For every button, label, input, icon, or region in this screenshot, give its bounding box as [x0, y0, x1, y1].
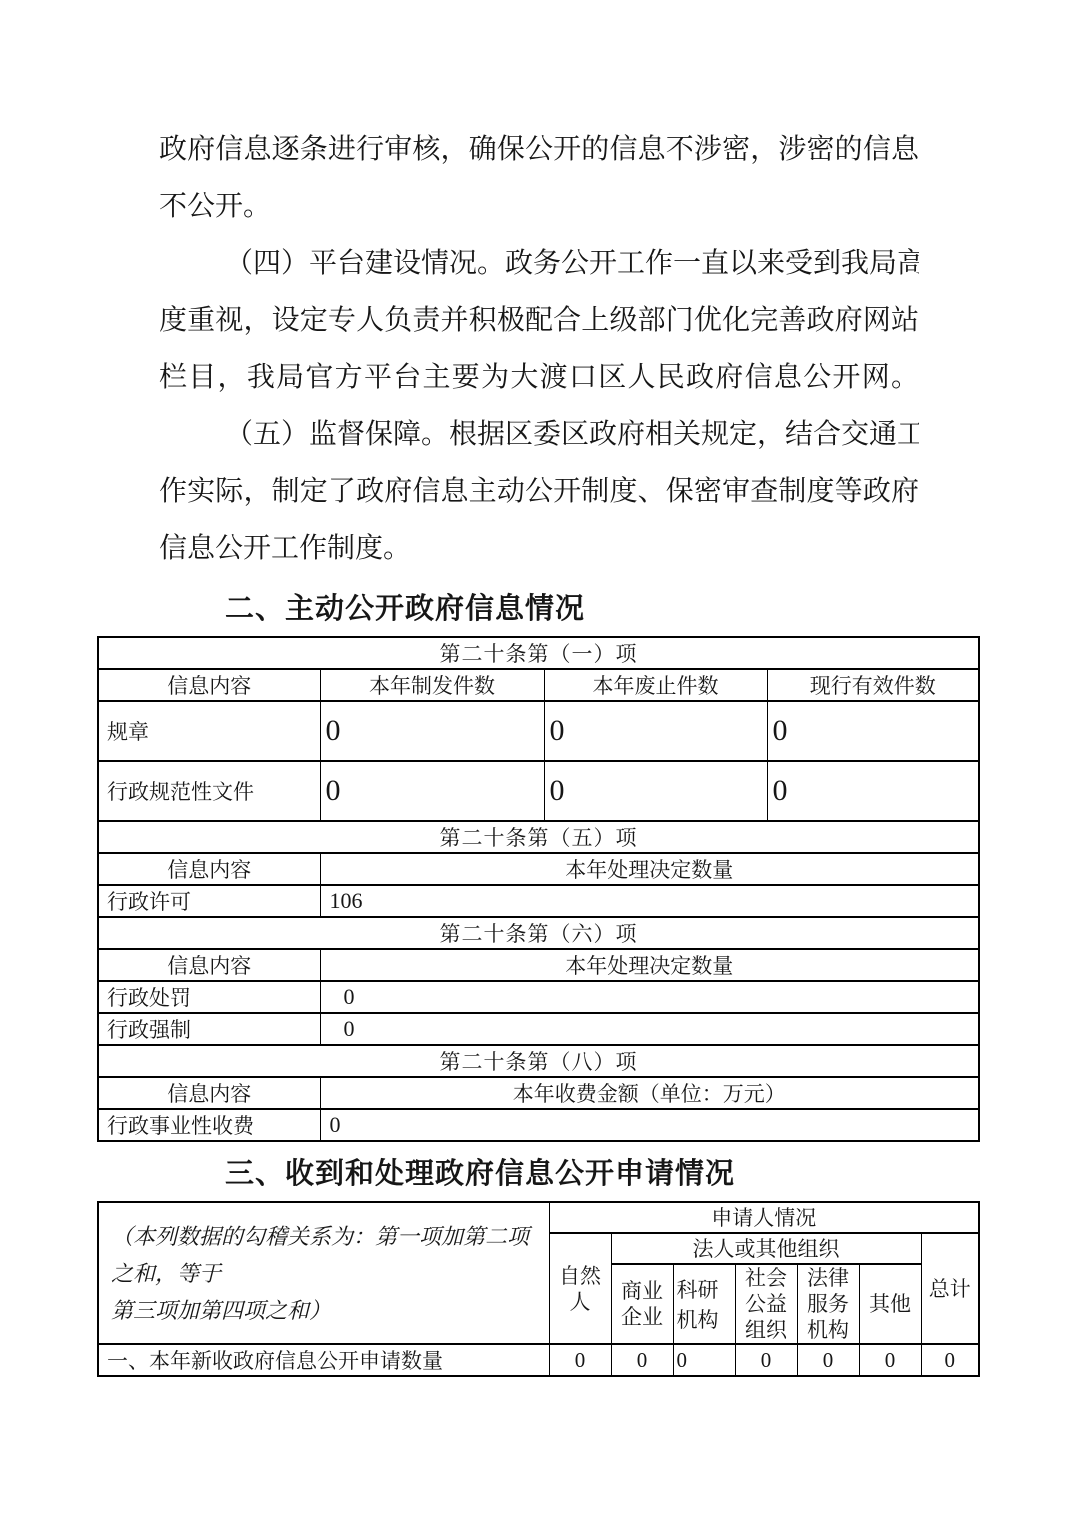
row-label-cell: 行政许可: [98, 885, 320, 917]
column-header-cell: 信息内容: [98, 669, 320, 701]
column-header-cell: 本年处理决定数量: [320, 853, 979, 885]
applicant-header-cell: 申请人情况: [549, 1202, 979, 1233]
paragraph-line: （四）平台建设情况。政务公开工作一直以来受到我局高: [159, 235, 919, 292]
column-header-cell: 现行有效件数: [767, 669, 979, 701]
column-header-cell: 总计: [921, 1233, 979, 1344]
row-label-cell: 规章: [98, 701, 320, 761]
value-cell: 0: [320, 701, 544, 761]
section-title-cell: 第二十条第（一）项: [98, 637, 979, 669]
value-cell: 0: [320, 981, 979, 1013]
page-content: 政府信息逐条进行审核，确保公开的信息不涉密，涉密的信息 不公开。 （四）平台建设…: [97, 0, 978, 1377]
section-title-cell: 第二十条第（五）项: [98, 821, 979, 853]
column-header-cell: 社会公益组织: [735, 1264, 797, 1344]
legal-org-group-cell: 法人或其他组织: [611, 1233, 921, 1264]
value-cell: 0: [549, 1344, 611, 1376]
column-header-cell: 自然人: [549, 1233, 611, 1344]
note-line: （本列数据的勾稽关系为：第一项加第二项之和，等于: [111, 1218, 543, 1292]
section-title-cell: 第二十条第（六）项: [98, 917, 979, 949]
column-header-cell: 本年废止件数: [544, 669, 767, 701]
value-cell: 0: [320, 1109, 979, 1141]
document-page: 政府信息逐条进行审核，确保公开的信息不涉密，涉密的信息 不公开。 （四）平台建设…: [0, 0, 1074, 1520]
column-header-cell: 本年收费金额（单位：万元）: [320, 1077, 979, 1109]
table-active-disclosure: 第二十条第（一）项 信息内容 本年制发件数 本年废止件数 现行有效件数 规章 0…: [97, 636, 980, 1142]
column-header-cell: 本年制发件数: [320, 669, 544, 701]
value-cell: 0: [673, 1344, 735, 1376]
row-label-cell: 行政处罚: [98, 981, 320, 1013]
column-header-cell: 本年处理决定数量: [320, 949, 979, 981]
column-header-cell: 法律服务机构: [797, 1264, 859, 1344]
paragraph: （四）平台建设情况。政务公开工作一直以来受到我局高 度重视，设定专人负责并积极配…: [97, 235, 978, 406]
column-header-cell: 信息内容: [98, 1077, 320, 1109]
value-cell: 0: [859, 1344, 921, 1376]
paragraph-line: （五）监督保障。根据区委区政府相关规定，结合交通工: [159, 406, 919, 463]
row-label-cell: 一、本年新收政府信息公开申请数量: [98, 1344, 549, 1376]
paragraph: 政府信息逐条进行审核，确保公开的信息不涉密，涉密的信息 不公开。: [97, 121, 978, 235]
column-header-cell: 商业企业: [611, 1264, 673, 1344]
paragraph-line: 作实际，制定了政府信息主动公开制度、保密审查制度等政府: [159, 463, 919, 520]
column-header-cell: 信息内容: [98, 949, 320, 981]
paragraph-line: 栏目，我局官方平台主要为大渡口区人民政府信息公开网。: [159, 349, 919, 406]
note-line: 第三项加第四项之和）: [111, 1292, 543, 1329]
paragraph-line: 不公开。: [159, 178, 919, 235]
value-cell: 0: [921, 1344, 979, 1376]
value-cell: 0: [544, 761, 767, 821]
value-cell: 0: [320, 761, 544, 821]
column-header-cell: 其他: [859, 1264, 921, 1344]
section-2-heading: 二、主动公开政府信息情况: [225, 589, 978, 629]
value-cell: 0: [544, 701, 767, 761]
column-header-cell: 信息内容: [98, 853, 320, 885]
paragraph-line: 政府信息逐条进行审核，确保公开的信息不涉密，涉密的信息: [159, 121, 919, 178]
value-cell: 0: [735, 1344, 797, 1376]
value-cell: 0: [320, 1013, 979, 1045]
value-cell: 0: [611, 1344, 673, 1376]
table-applications: （本列数据的勾稽关系为：第一项加第二项之和，等于 第三项加第四项之和） 申请人情…: [97, 1201, 980, 1377]
reconciliation-note-cell: （本列数据的勾稽关系为：第一项加第二项之和，等于 第三项加第四项之和）: [98, 1202, 549, 1344]
row-label-cell: 行政强制: [98, 1013, 320, 1045]
row-label-cell: 行政事业性收费: [98, 1109, 320, 1141]
column-header-cell: 科研机构: [673, 1264, 735, 1344]
value-cell: 0: [767, 761, 979, 821]
row-label-cell: 行政规范性文件: [98, 761, 320, 821]
value-cell: 106: [320, 885, 979, 917]
paragraph-line: 度重视，设定专人负责并积极配合上级部门优化完善政府网站: [159, 292, 919, 349]
section-3-heading: 三、收到和处理政府信息公开申请情况: [225, 1154, 978, 1194]
value-cell: 0: [767, 701, 979, 761]
section-title-cell: 第二十条第（八）项: [98, 1045, 979, 1077]
value-cell: 0: [797, 1344, 859, 1376]
paragraph-line: 信息公开工作制度。: [159, 520, 919, 577]
paragraph: （五）监督保障。根据区委区政府相关规定，结合交通工 作实际，制定了政府信息主动公…: [97, 406, 978, 577]
